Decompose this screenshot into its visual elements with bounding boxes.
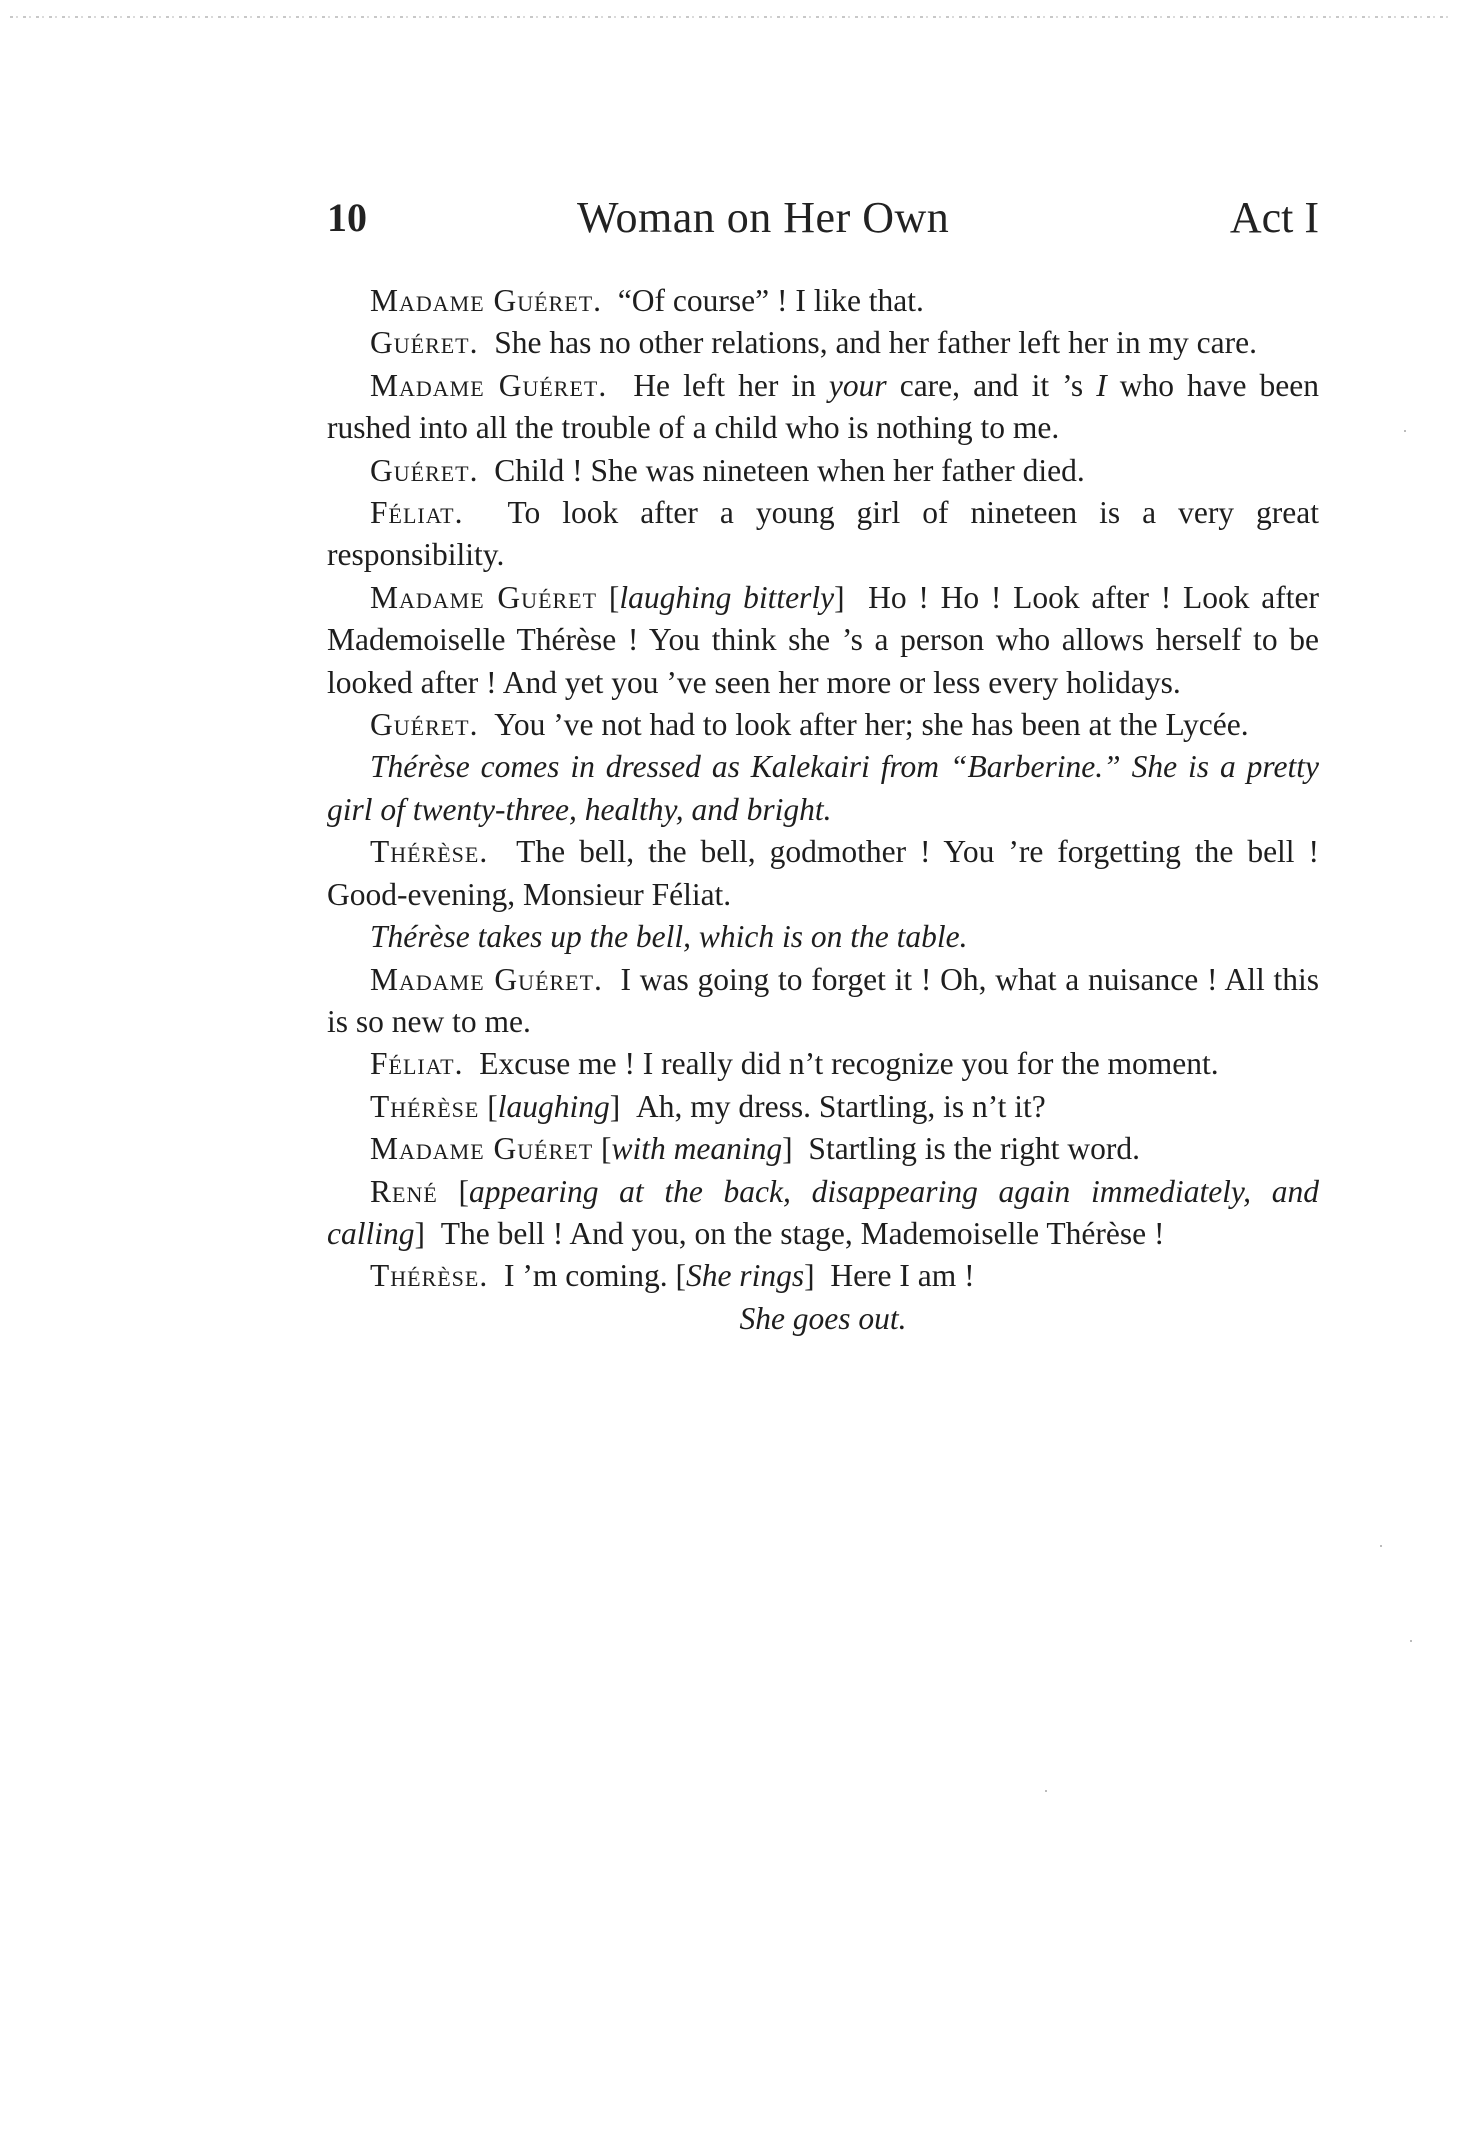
speech-gueret-2: Guéret. Child ! She was nineteen when he… (327, 450, 1319, 492)
book-title: Woman on Her Own (577, 196, 949, 240)
speech-text: He left her in (633, 368, 829, 403)
stage-direction-entrance: Thérèse comes in dressed as Kalekairi fr… (327, 746, 1319, 831)
speech-text: care, and it ’s (887, 368, 1097, 403)
scan-speck (1410, 1640, 1412, 1642)
page-number: 10 (327, 196, 367, 240)
speaker-name: Madame Guéret (370, 580, 597, 615)
speech-text: Child ! She was nineteen when her father… (494, 453, 1084, 488)
speaker-name: Madame Guéret. (370, 283, 602, 318)
speech-gueret-3: Guéret. You ’ve not had to look after he… (327, 704, 1319, 746)
speaker-name: Féliat. (370, 1046, 464, 1081)
book-page: 10 Woman on Her Own Act I Madame Guéret.… (327, 196, 1319, 1340)
speech-madame-gueret-1: Madame Guéret. “Of course” ! I like that… (327, 280, 1319, 322)
speech-therese-1: Thérèse. The bell, the bell, godmother !… (327, 831, 1319, 916)
speech-madame-gueret-5: Madame Guéret [with meaning] Startling i… (327, 1128, 1319, 1170)
scan-speck (1045, 1790, 1047, 1792)
running-head: 10 Woman on Her Own Act I (327, 196, 1319, 240)
speech-madame-gueret-3: Madame Guéret [laughing bitterly] Ho ! H… (327, 577, 1319, 704)
play-text: Madame Guéret. “Of course” ! I like that… (327, 280, 1319, 1340)
speech-text: Ah, my dress. Startling, is n’t it? (636, 1089, 1046, 1124)
stage-direction: with meaning (612, 1131, 783, 1166)
speech-feliat-2: Féliat. Excuse me ! I really did n’t rec… (327, 1043, 1319, 1085)
speech-text: She has no other relations, and her fath… (494, 325, 1257, 360)
speech-text: Here I am ! (830, 1258, 974, 1293)
speech-text: You ’ve not had to look after her; she h… (494, 707, 1248, 742)
speaker-name: Guéret. (370, 453, 479, 488)
stage-direction: laughing bitterly (619, 580, 834, 615)
speech-text: I ’m coming. (504, 1258, 675, 1293)
stage-direction: laughing (498, 1089, 610, 1124)
scan-speck (1380, 1545, 1382, 1547)
speaker-name: Guéret. (370, 707, 479, 742)
speaker-name: Madame Guéret. (370, 962, 603, 997)
speech-feliat-1: Féliat. To look after a young girl of ni… (327, 492, 1319, 577)
speech-text: Startling is the right word. (808, 1131, 1140, 1166)
speech-madame-gueret-2: Madame Guéret. He left her in your care,… (327, 365, 1319, 450)
speech-text: To look after a young girl of nineteen i… (327, 495, 1319, 572)
speech-text: Excuse me ! I really did n’t recognize y… (479, 1046, 1218, 1081)
speaker-name: Guéret. (370, 325, 479, 360)
speech-gueret-1: Guéret. She has no other relations, and … (327, 322, 1319, 364)
speech-text: “Of course” ! I like that. (618, 283, 924, 318)
speaker-name: Thérèse. (370, 834, 488, 869)
speaker-name: Thérèse (370, 1089, 479, 1124)
speaker-name: René (370, 1174, 438, 1209)
act-label: Act I (1230, 196, 1319, 240)
emphasis: I (1096, 368, 1107, 403)
speaker-name: Féliat. (370, 495, 464, 530)
speaker-name: Madame Guéret. (370, 368, 607, 403)
speech-rene-1: René [appearing at the back, disappearin… (327, 1171, 1319, 1256)
stage-direction: She rings (686, 1258, 804, 1293)
speech-madame-gueret-4: Madame Guéret. I was going to forget it … (327, 959, 1319, 1044)
speech-text: The bell ! And you, on the stage, Mademo… (441, 1216, 1165, 1251)
speaker-name: Madame Guéret (370, 1131, 593, 1166)
speech-therese-3: Thérèse. I ’m coming. [She rings] Here I… (327, 1255, 1319, 1297)
speech-therese-2: Thérèse [laughing] Ah, my dress. Startli… (327, 1086, 1319, 1128)
stage-direction-exit: She goes out. (327, 1298, 1319, 1340)
stage-direction-bell: Thérèse takes up the bell, which is on t… (327, 916, 1319, 958)
emphasis: your (829, 368, 887, 403)
speaker-name: Thérèse. (370, 1258, 488, 1293)
scan-speck (1404, 430, 1406, 432)
scan-edge-artifact (10, 16, 1450, 18)
